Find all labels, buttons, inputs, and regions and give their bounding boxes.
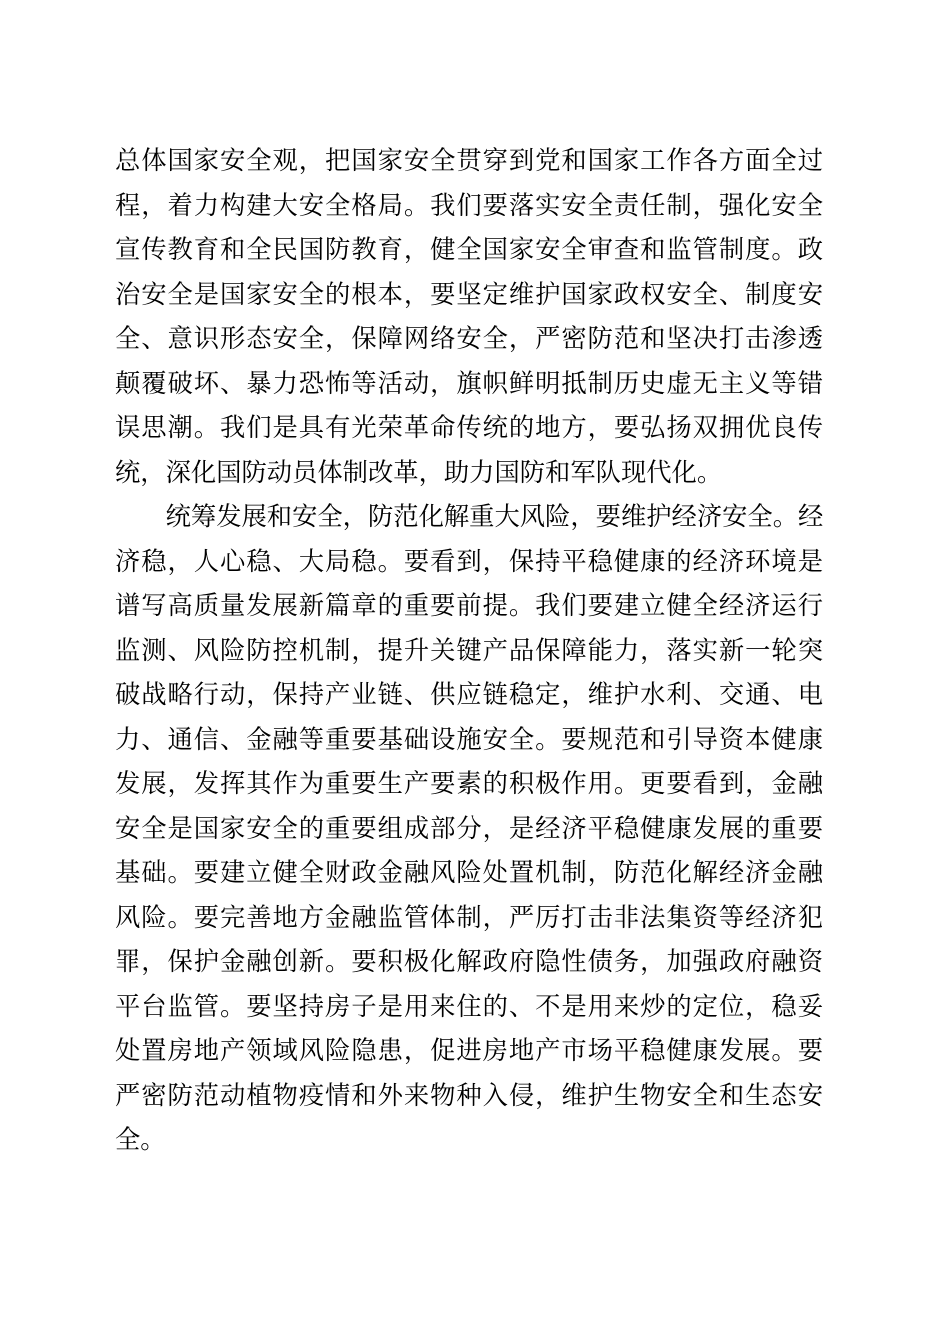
text-line: 颠覆破坏、暴力恐怖等活动，旗帜鲜明抵制历史虚无主义等错 [115, 362, 823, 407]
text-line: 破战略行动，保持产业链、供应链稳定，维护水利、交通、电 [115, 673, 823, 718]
document-page: 总体国家安全观，把国家安全贯穿到党和国家工作各方面全过程，着力构建大安全格局。我… [0, 0, 950, 1344]
text-line: 力、通信、金融等重要基础设施安全。要规范和引导资本健康 [115, 718, 823, 763]
text-line: 宣传教育和全民国防教育，健全国家安全审查和监管制度。政 [115, 228, 823, 273]
text-line: 风险。要完善地方金融监管体制，严厉打击非法集资等经济犯 [115, 896, 823, 941]
text-line: 误思潮。我们是具有光荣革命传统的地方，要弘扬双拥优良传 [115, 406, 823, 451]
text-line: 程，着力构建大安全格局。我们要落实安全责任制，强化安全 [115, 184, 823, 229]
text-line: 基础。要建立健全财政金融风险处置机制，防范化解经济金融 [115, 851, 823, 896]
document-body: 总体国家安全观，把国家安全贯穿到党和国家工作各方面全过程，着力构建大安全格局。我… [115, 139, 823, 1163]
text-line: 监测、风险防控机制，提升关键产品保障能力，落实新一轮突 [115, 629, 823, 674]
text-line: 处置房地产领域风险隐患，促进房地产市场平稳健康发展。要 [115, 1029, 823, 1074]
text-line: 罪，保护金融创新。要积极化解政府隐性债务，加强政府融资 [115, 940, 823, 985]
text-line: 总体国家安全观，把国家安全贯穿到党和国家工作各方面全过 [115, 139, 823, 184]
paragraph: 统筹发展和安全，防范化解重大风险，要维护经济安全。经济稳，人心稳、大局稳。要看到… [115, 495, 823, 1163]
text-line: 全、意识形态安全，保障网络安全，严密防范和坚决打击渗透 [115, 317, 823, 362]
text-line: 平台监管。要坚持房子是用来住的、不是用来炒的定位，稳妥 [115, 985, 823, 1030]
text-line: 严密防范动植物疫情和外来物种入侵，维护生物安全和生态安 [115, 1074, 823, 1119]
paragraph: 总体国家安全观，把国家安全贯穿到党和国家工作各方面全过程，着力构建大安全格局。我… [115, 139, 823, 495]
text-line: 统，深化国防动员体制改革，助力国防和军队现代化。 [115, 451, 823, 496]
text-line: 安全是国家安全的重要组成部分，是经济平稳健康发展的重要 [115, 807, 823, 852]
text-line: 全。 [115, 1118, 823, 1163]
text-line: 谱写高质量发展新篇章的重要前提。我们要建立健全经济运行 [115, 584, 823, 629]
text-line: 治安全是国家安全的根本，要坚定维护国家政权安全、制度安 [115, 273, 823, 318]
text-line: 济稳，人心稳、大局稳。要看到，保持平稳健康的经济环境是 [115, 540, 823, 585]
text-line: 统筹发展和安全，防范化解重大风险，要维护经济安全。经 [115, 495, 823, 540]
text-line: 发展，发挥其作为重要生产要素的积极作用。更要看到，金融 [115, 762, 823, 807]
